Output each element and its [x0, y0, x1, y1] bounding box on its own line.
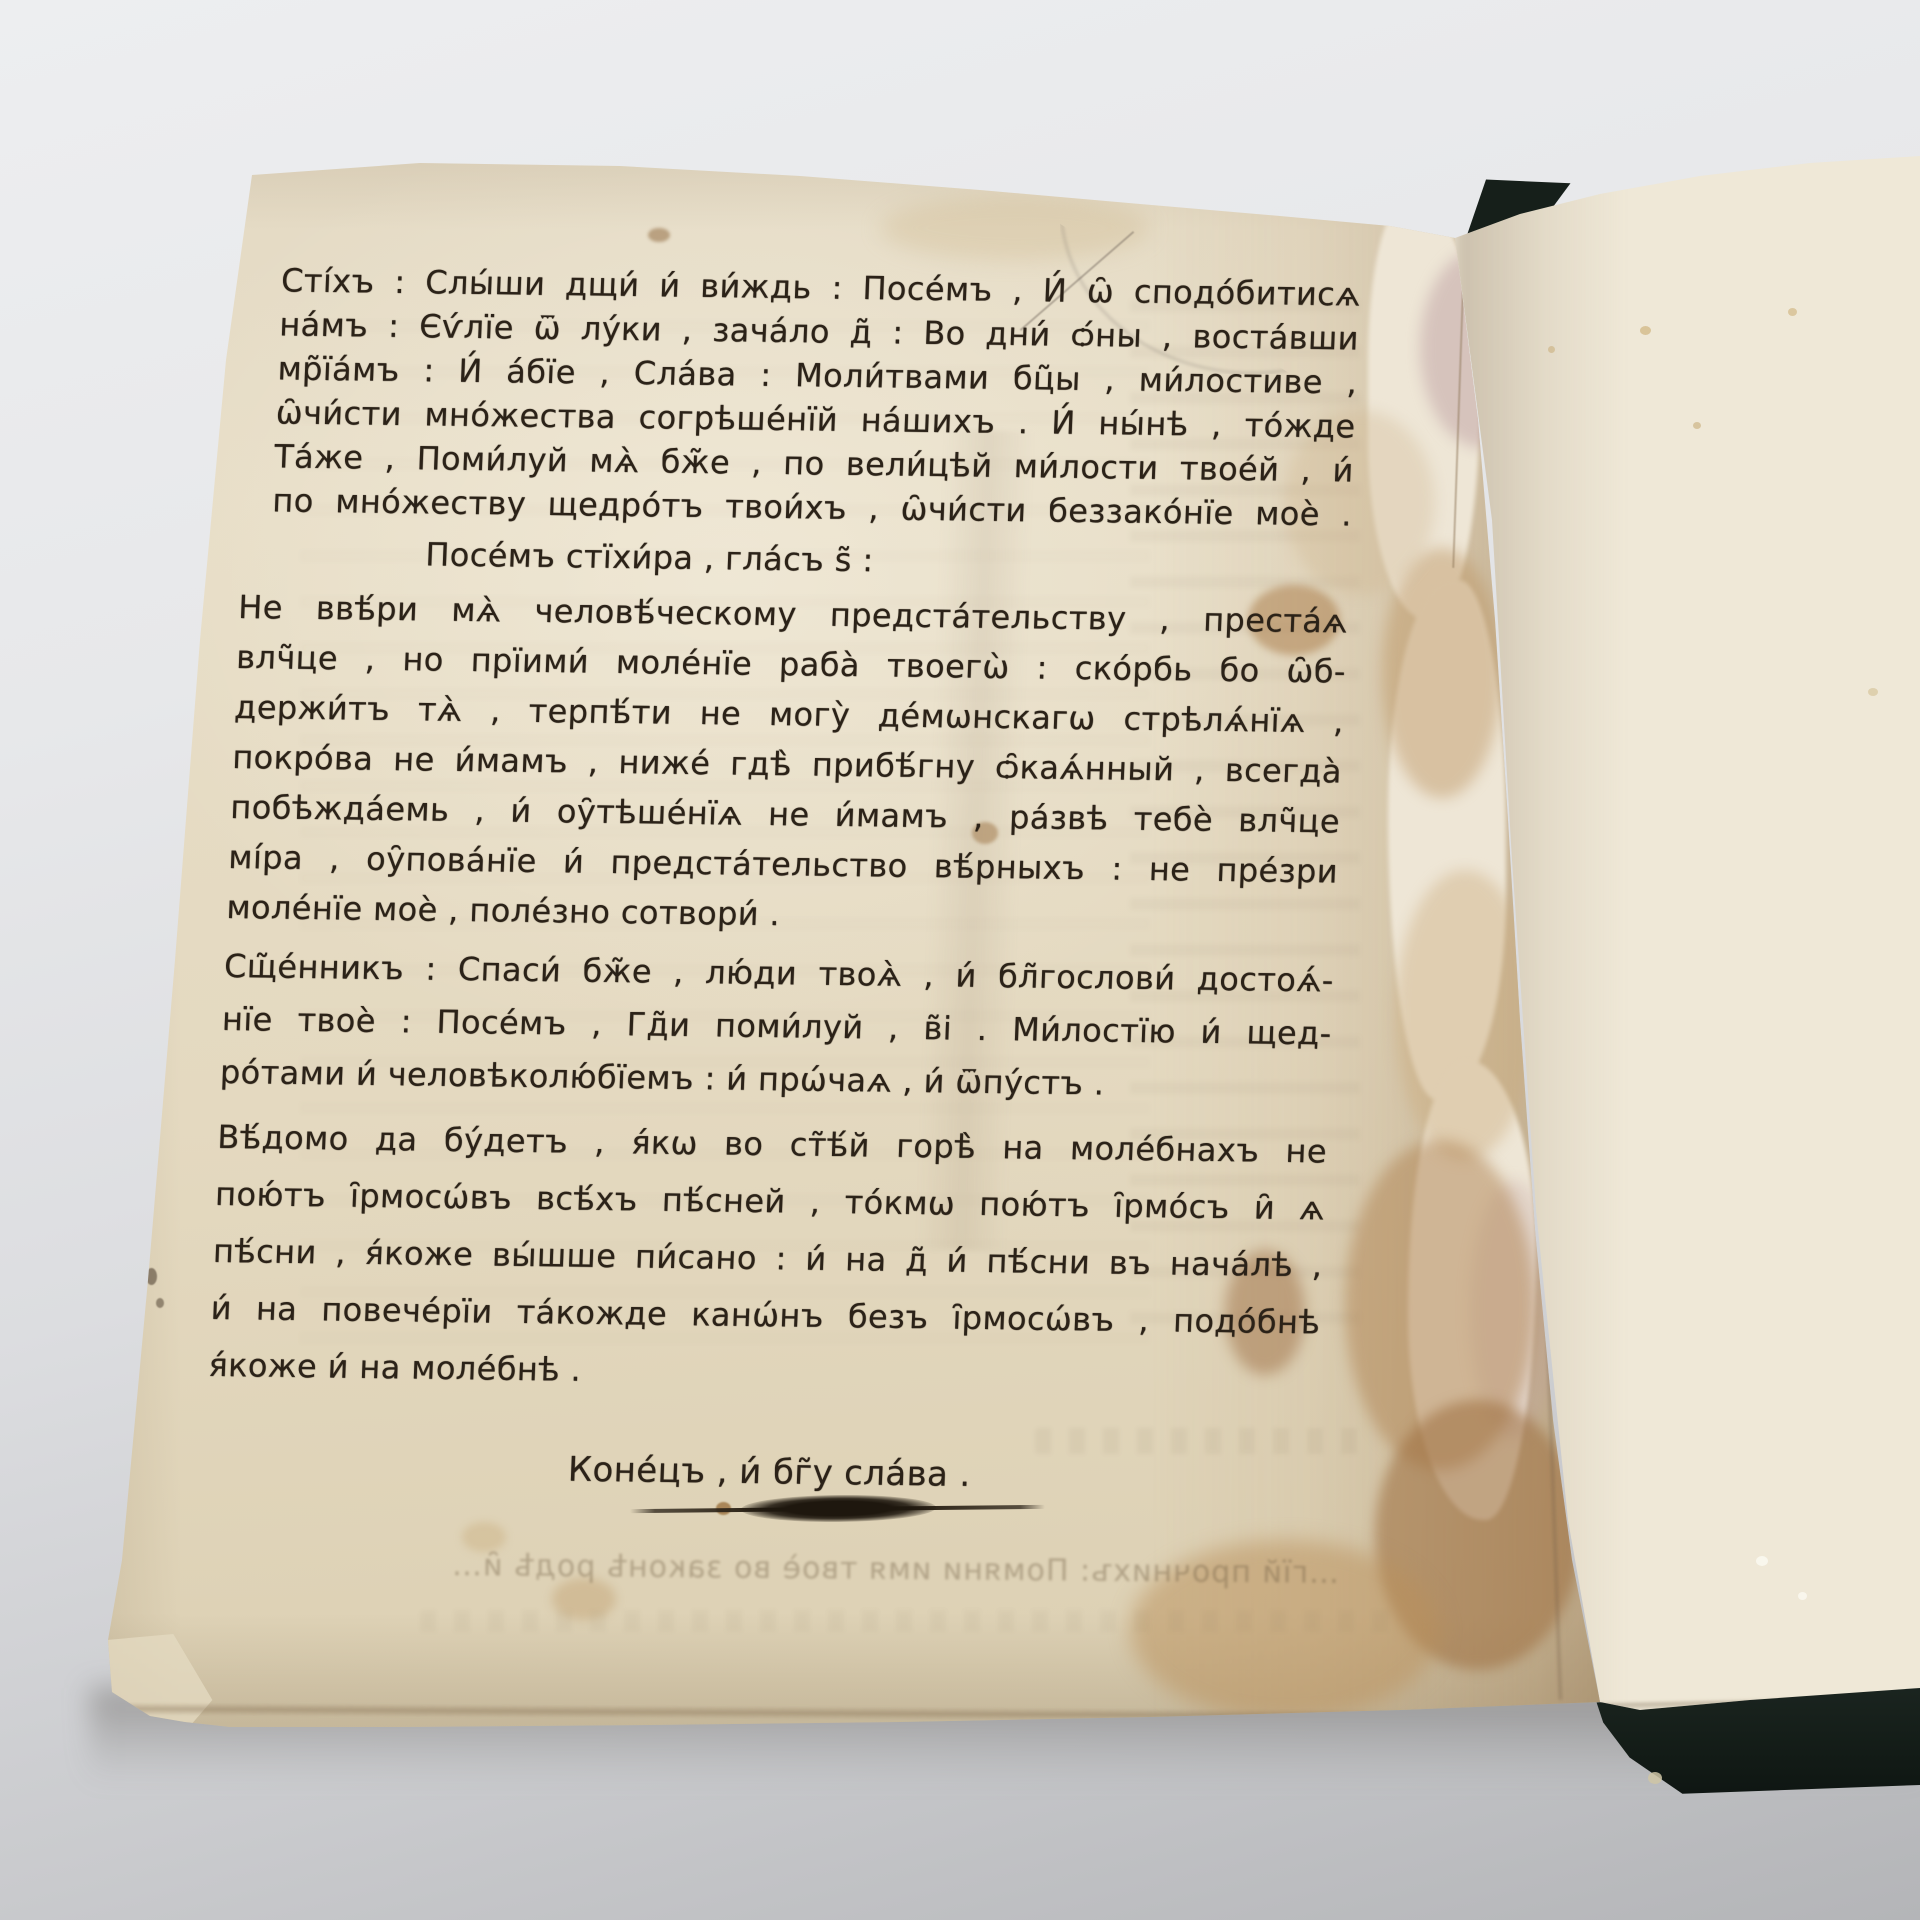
- foxing-spot: [1548, 346, 1555, 353]
- foxing-spot: [1640, 326, 1651, 335]
- paragraph-body: Не ввѣ́ри мѧ̀ человѣ́ческому предста́тел…: [226, 582, 1349, 946]
- stain: [648, 228, 670, 242]
- foxing-spot: [1788, 308, 1797, 316]
- photo-scene: Сті́хъ : Слы́ши дщи́ и́ ви́ждь : Посе́мъ…: [0, 0, 1920, 1920]
- ink-speck: [156, 1298, 164, 1308]
- paragraph-heading: Посе́мъ стїхи́ра , гла́съ ѕ̃ :: [240, 528, 1351, 591]
- cover-worn-corner: [1648, 1772, 1662, 1784]
- page-text: Сті́хъ : Слы́ши дщи́ и́ ви́ждь : Посе́мъ…: [204, 258, 1362, 1504]
- paragraph-body: Сщ̃е́нникъ : Спаси́ бж̃е , лю́ди твоѧ̀ ,…: [219, 940, 1335, 1114]
- text-line: Посе́мъ стїхи́ра , гла́съ ѕ̃ :: [424, 530, 1350, 590]
- bleedthrough-faint: [1035, 1428, 1370, 1454]
- ornament-lens: [740, 1494, 935, 1523]
- stain: [1382, 548, 1502, 798]
- foxing-spot: [1693, 422, 1701, 429]
- paper-chip: [1798, 1592, 1807, 1600]
- foxing-spot: [1868, 688, 1878, 696]
- paper-chip: [1756, 1556, 1768, 1566]
- ink-speck: [146, 1268, 157, 1285]
- paragraph-rubric-indent: Сті́хъ : Слы́ши дщи́ и́ ви́ждь : Посе́мъ…: [242, 258, 1362, 537]
- paragraph-body: Вѣ́домо да бу́детъ , я́кѡ во ст̃ѣ́й горѣ…: [207, 1109, 1328, 1409]
- tail-piece-ornament: [630, 1490, 1045, 1528]
- stain: [1395, 870, 1535, 1160]
- bleedthrough-faint: [420, 1610, 1400, 1632]
